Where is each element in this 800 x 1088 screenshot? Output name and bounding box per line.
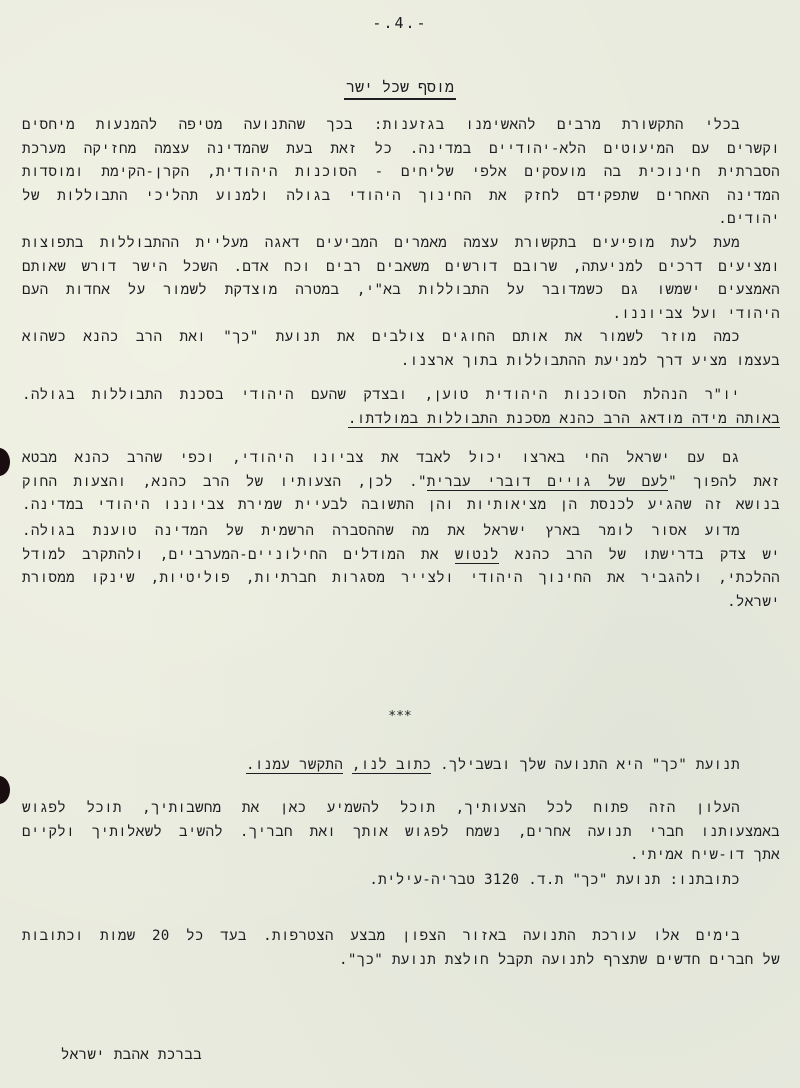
recruitment-paragraph: בימים אלו עורכת התנועה באזור הצפון מבצע … <box>22 925 780 972</box>
paragraph-1: בכלי התקשורת מרבים להאשימנו בגזענות: בכך… <box>22 114 780 232</box>
contact-us-link: התקשר עמנו. <box>246 757 343 774</box>
paragraph-4: יו"ר הנהלת הסוכנות היהודית טוען, ובצדק ש… <box>22 384 780 431</box>
closing-signature: בברכת אהבת ישראל <box>22 1044 202 1068</box>
document-page: -.4.- מוסף שכל ישר בכלי התקשורת מרבים לה… <box>0 0 800 1088</box>
underlined-statement: באותה מידה מודאג הרב כהנא מסכנת התבוללות… <box>348 411 780 428</box>
underlined-phrase: לעם של גויים דוברי עברית <box>427 474 668 491</box>
paragraph-3: כמה מוזר לשמור את אותם החוגים צולבים את … <box>22 326 780 373</box>
address: כתובתנו: תנועת "כך" ת.ד. 3120 טבריה-עילי… <box>22 869 780 893</box>
binder-hole <box>0 448 10 476</box>
write-to-us-link: כתוב לנו, <box>352 757 431 774</box>
document-title: מוסף שכל ישר <box>0 78 800 97</box>
binder-hole <box>0 776 10 804</box>
notice-paragraph: העלון הזה פתוח לכל הצעותיך, תוכל להשמיע … <box>22 797 780 868</box>
paragraph-5: גם עם ישראל החי בארצו יכול לאבד את צביונ… <box>22 447 780 518</box>
slogan: תנועת "כך" היא התנועה שלך ובשבילך. כתוב … <box>22 754 780 778</box>
paragraph-6: מדוע אסור לומר בארץ ישראל את מה שההסברה … <box>22 520 780 614</box>
section-separator: *** <box>0 709 800 724</box>
underlined-phrase: לנטוש <box>455 547 499 564</box>
page-number: -.4.- <box>0 14 800 32</box>
paragraph-2: מעת לעת מופיעים בתקשורת עצמה מאמרים המבי… <box>22 232 780 326</box>
